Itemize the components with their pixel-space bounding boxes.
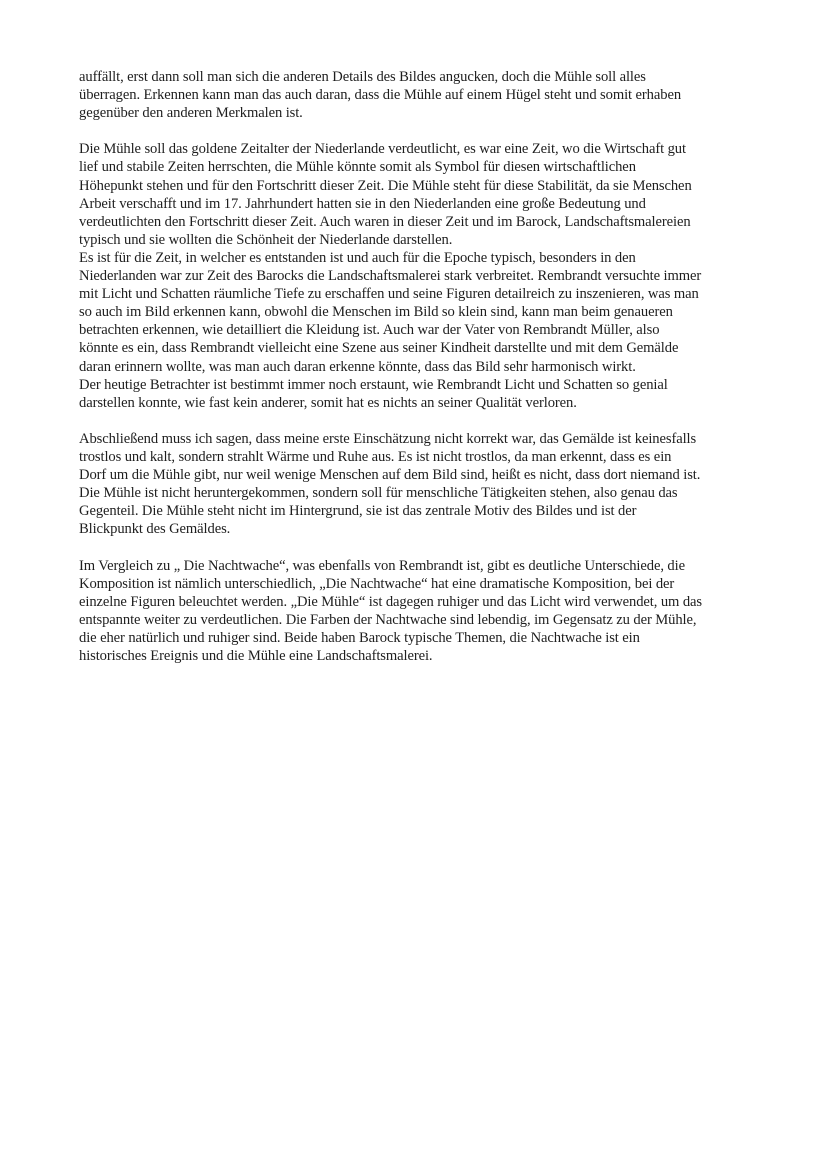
- text-line: Gegenteil. Die Mühle steht nicht im Hint…: [79, 502, 791, 520]
- paragraph-conclusion: Abschließend muss ich sagen, dass meine …: [79, 430, 791, 539]
- text-line: Im Vergleich zu „ Die Nachtwache“, was e…: [79, 557, 791, 575]
- text-line: so auch im Bild erkennen kann, obwohl di…: [79, 303, 791, 321]
- text-line: Komposition ist nämlich unterschiedlich,…: [79, 575, 791, 593]
- paragraph-modern-viewer: Der heutige Betrachter ist bestimmt imme…: [79, 376, 791, 412]
- text-line: einzelne Figuren beleuchtet werden. „Die…: [79, 593, 791, 611]
- text-line: überragen. Erkennen kann man das auch da…: [79, 86, 791, 104]
- text-line: Arbeit verschafft und im 17. Jahrhundert…: [79, 195, 791, 213]
- text-line: lief und stabile Zeiten herrschten, die …: [79, 158, 791, 176]
- text-line: entspannte weiter zu verdeutlichen. Die …: [79, 611, 791, 629]
- text-line: Höhepunkt stehen und für den Fortschritt…: [79, 177, 791, 195]
- text-line: gegenüber den anderen Merkmalen ist.: [79, 104, 791, 122]
- text-line: betrachten erkennen, wie detailliert die…: [79, 321, 791, 339]
- paragraph-golden-age: Die Mühle soll das goldene Zeitalter der…: [79, 140, 791, 249]
- text-line: die eher natürlich und ruhiger sind. Bei…: [79, 629, 791, 647]
- paragraph-comparison-nachtwache: Im Vergleich zu „ Die Nachtwache“, was e…: [79, 557, 791, 666]
- text-line: verdeutlichten den Fortschritt dieser Ze…: [79, 213, 791, 231]
- text-line: daran erinnern wollte, was man auch dara…: [79, 358, 791, 376]
- text-line: auffällt, erst dann soll man sich die an…: [79, 68, 791, 86]
- paragraph-intro-continuation: auffällt, erst dann soll man sich die an…: [79, 68, 791, 122]
- text-line: Der heutige Betrachter ist bestimmt imme…: [79, 376, 791, 394]
- text-line: Abschließend muss ich sagen, dass meine …: [79, 430, 791, 448]
- text-line: Es ist für die Zeit, in welcher es entst…: [79, 249, 791, 267]
- text-line: typisch und sie wollten die Schönheit de…: [79, 231, 791, 249]
- text-line: könnte es ein, dass Rembrandt vielleicht…: [79, 339, 791, 357]
- text-line: darstellen konnte, wie fast kein anderer…: [79, 394, 791, 412]
- text-line: Niederlanden war zur Zeit des Barocks di…: [79, 267, 791, 285]
- text-line: Die Mühle ist nicht heruntergekommen, so…: [79, 484, 791, 502]
- text-line: trostlos und kalt, sondern strahlt Wärme…: [79, 448, 791, 466]
- text-line: Die Mühle soll das goldene Zeitalter der…: [79, 140, 791, 158]
- text-line: historisches Ereignis und die Mühle eine…: [79, 647, 791, 665]
- text-line: Dorf um die Mühle gibt, nur weil wenige …: [79, 466, 791, 484]
- text-line: mit Licht und Schatten räumliche Tiefe z…: [79, 285, 791, 303]
- text-line: Blickpunkt des Gemäldes.: [79, 520, 791, 538]
- document-page: auffällt, erst dann soll man sich die an…: [79, 68, 791, 665]
- paragraph-epoch: Es ist für die Zeit, in welcher es entst…: [79, 249, 791, 376]
